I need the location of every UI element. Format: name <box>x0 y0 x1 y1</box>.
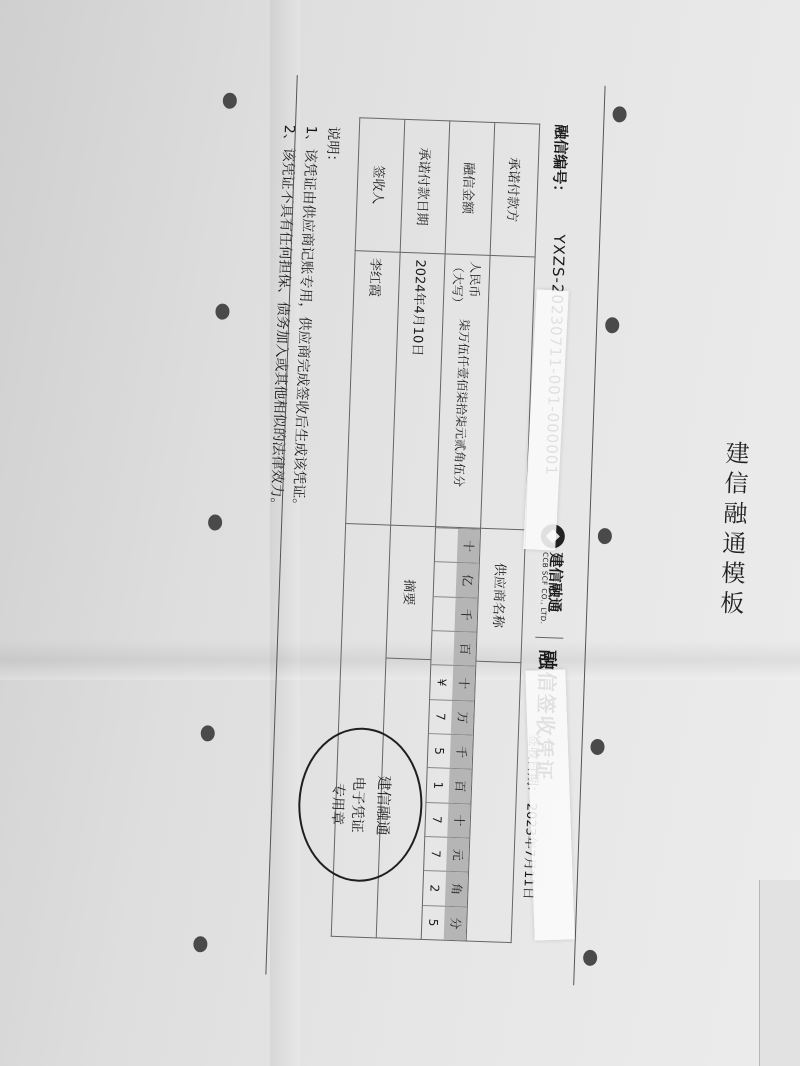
amount-digit-header: 亿 <box>456 563 479 597</box>
hole-icon <box>193 936 208 952</box>
logo-divider <box>536 636 564 638</box>
currency-label: 人民币 <box>466 261 485 310</box>
financing-no-label: 融信编号： <box>549 124 573 200</box>
amount-digit-value: 7 <box>424 837 447 871</box>
amount-words-cell: 人民币 （大写） 柒万伍仟壹佰柒拾柒元贰角伍分 <box>436 254 491 528</box>
amount-digit-value: 5 <box>428 734 451 768</box>
handwritten-note: 建信融通模板 <box>687 439 754 641</box>
amount-digit-header: 千 <box>454 598 477 632</box>
supplier-label: 供应商名称 <box>476 528 526 662</box>
summary-label: 摘要 <box>386 525 436 659</box>
signer-label: 签收人 <box>355 118 405 252</box>
amount-digit-value <box>431 631 454 665</box>
amount-digit-column: 分5 <box>422 905 467 941</box>
stamp-arc-text: 建信融通 <box>372 775 394 836</box>
amount-in-words: 柒万伍仟壹佰柒拾柒元贰角伍分 <box>451 319 474 488</box>
hole-icon <box>223 92 238 108</box>
amount-digit-header: 千 <box>450 735 473 769</box>
hole-icon <box>598 528 613 544</box>
hole-icon <box>583 950 598 966</box>
amount-digit-value <box>435 528 458 562</box>
amount-digit-column: 千 <box>432 596 477 632</box>
amount-digit-value <box>432 597 455 631</box>
amount-label: 融信金额 <box>445 121 495 255</box>
amount-digit-value: 7 <box>429 700 452 734</box>
hole-icon <box>215 303 230 319</box>
payer-label: 承诺付款方 <box>490 122 540 256</box>
amount-digit-header: 元 <box>446 838 469 872</box>
amount-digit-column: 十7 <box>425 802 470 838</box>
amount-digit-column: 亿 <box>434 561 479 597</box>
amount-digit-value: 7 <box>425 803 448 837</box>
uppercase-label: （大写） <box>449 261 468 310</box>
amount-digit-column: 角2 <box>423 870 468 906</box>
amount-digit-header: 角 <box>445 872 468 906</box>
amount-digit-header: 百 <box>448 769 471 803</box>
amount-digit-column: 元7 <box>424 836 469 872</box>
hole-icon <box>200 725 215 741</box>
due-date-value: 2024年4月10日 <box>391 252 446 526</box>
amount-digit-column: 百 <box>431 630 476 666</box>
due-date-label: 承诺付款日期 <box>400 119 450 253</box>
amount-digit-header: 十 <box>452 666 475 700</box>
amount-digit-value: 2 <box>423 871 446 905</box>
amount-digit-header: 万 <box>451 700 474 734</box>
amount-digit-value: 1 <box>426 768 449 802</box>
amount-digit-header: 百 <box>453 632 476 666</box>
stamp-line2: 专用章 <box>327 783 348 826</box>
amount-digit-value: 5 <box>422 906 445 940</box>
signer-value: 李红霞 <box>346 251 401 525</box>
hole-icon <box>612 106 627 122</box>
amount-digit-value <box>434 562 457 596</box>
notes-section: 说明： 1、该凭证由供应商记账专用，供应商完成签收后生成该凭证。 2、该凭证不具… <box>265 124 344 513</box>
amount-digit-column: 十 <box>435 527 480 563</box>
hole-icon <box>590 739 605 755</box>
amount-digit-column: 百1 <box>426 767 471 803</box>
amount-digit-header: 十 <box>447 803 470 837</box>
amount-digit-header: 十 <box>457 529 480 563</box>
underlying-paper-edge <box>759 880 800 1066</box>
amount-digit-header: 分 <box>444 906 467 940</box>
hole-icon <box>605 317 620 333</box>
amount-digit-value: ¥ <box>430 665 453 699</box>
amount-digit-column: 十¥ <box>430 664 475 700</box>
stamp-line1: 电子凭证 <box>346 776 368 833</box>
amount-digit-column: 万7 <box>429 699 474 735</box>
amount-digit-column: 千5 <box>428 733 473 769</box>
hole-icon <box>208 514 223 530</box>
